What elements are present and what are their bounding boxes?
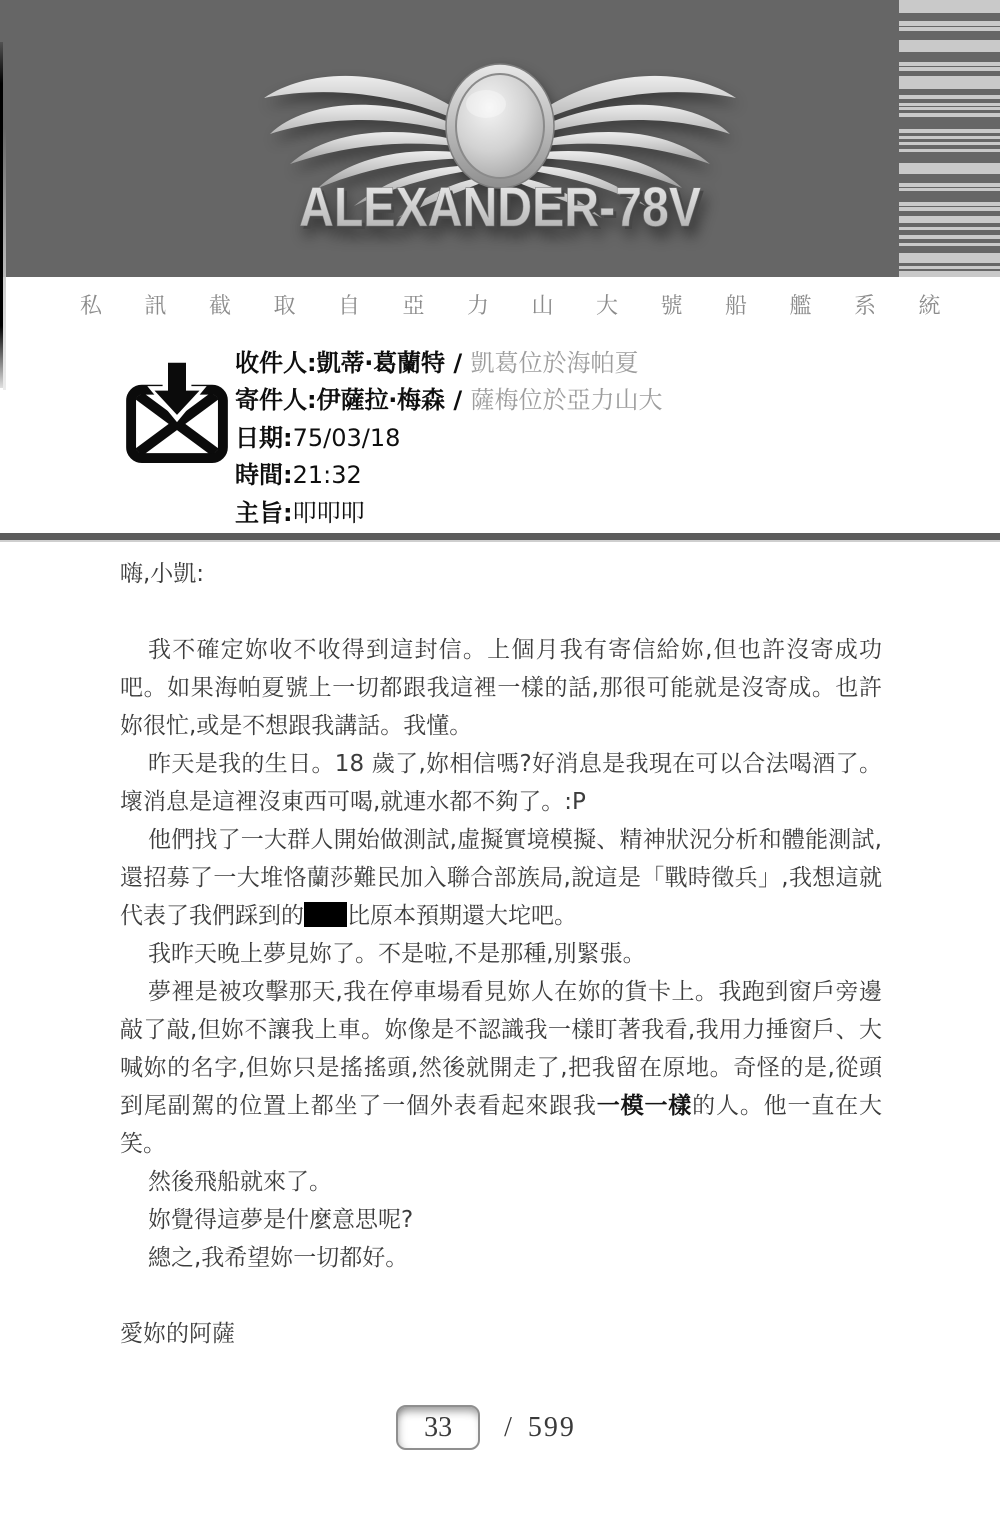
- mail-from-row: 寄件人:伊薩拉‧梅森 / 薩梅位於亞力山大: [235, 382, 662, 419]
- to-label: 收件人:: [235, 349, 317, 377]
- intercept-subtitle: 私訊截取自亞力山大號船艦系統: [80, 289, 983, 320]
- letter-body: 嗨,小凱: 我不確定妳收不收得到這封信。上個月我有寄信給妳,但也許沒寄成功吧。如…: [120, 555, 882, 1353]
- letter-signature: 愛妳的阿薩: [120, 1315, 882, 1353]
- incoming-mail-icon: [123, 361, 231, 471]
- banner: ALEXANDER-78V ALEXANDER-78V: [0, 0, 1000, 277]
- alexander-logo: ALEXANDER-78V ALEXANDER-78V: [0, 38, 1000, 243]
- letter-paragraph-4: 我昨天晚上夢見妳了。不是啦,不是那種,別緊張。: [120, 935, 882, 973]
- to-location: 凱葛位於海帕夏: [470, 349, 638, 377]
- mail-time-row: 時間:21:32: [235, 457, 662, 494]
- page-total: 599: [528, 1412, 576, 1444]
- subject-value: 叩叩叩: [293, 499, 365, 527]
- header-divider: [0, 533, 1000, 542]
- from-location: 薩梅位於亞力山大: [470, 386, 662, 414]
- letter-paragraph-1: 我不確定妳收不收得到這封信。上個月我有寄信給妳,但也許沒寄成功吧。如果海帕夏號上…: [120, 631, 882, 745]
- from-label: 寄件人:: [235, 386, 317, 414]
- mail-header: 收件人:凱蒂‧葛蘭特 / 凱葛位於海帕夏 寄件人:伊薩拉‧梅森 / 薩梅位於亞力…: [235, 345, 662, 532]
- letter-paragraph-7: 妳覺得這夢是什麼意思呢?: [120, 1201, 882, 1239]
- time-label: 時間:: [235, 461, 293, 489]
- page-number-box: 33: [396, 1405, 480, 1450]
- date-label: 日期:: [235, 424, 293, 452]
- mail-subject-row: 主旨:叩叩叩: [235, 495, 662, 532]
- letter-paragraph-8: 總之,我希望妳一切都好。: [120, 1239, 882, 1277]
- time-value: 21:32: [293, 461, 362, 489]
- letter-paragraph-2: 昨天是我的生日。18 歲了,妳相信嗎?好消息是我現在可以合法喝酒了。壞消息是這裡…: [120, 745, 882, 821]
- letter-paragraph-6: 然後飛船就來了。: [120, 1163, 882, 1201]
- redaction-bar: [304, 902, 347, 927]
- to-name: 凱蒂‧葛蘭特 /: [317, 349, 471, 377]
- subject-label: 主旨:: [235, 499, 293, 527]
- barcode-decoration: [899, 0, 1000, 277]
- page-footer: 33 / 599: [0, 1405, 986, 1450]
- date-value: 75/03/18: [293, 424, 401, 452]
- letter-paragraph-3: 他們找了一大群人開始做測試,虛擬實境模擬、精神狀況分析和體能測試,還招募了一大堆…: [120, 821, 882, 935]
- book-page: ALEXANDER-78V ALEXANDER-78V: [0, 0, 1000, 1514]
- page-number-separator: /: [504, 1412, 512, 1444]
- paragraph-5-emphasis: 一模一樣: [597, 1093, 692, 1119]
- paragraph-3-text-after: 比原本預期還大坨吧。: [347, 903, 577, 929]
- page-edge-highlight: [3, 128, 6, 390]
- mail-to-row: 收件人:凱蒂‧葛蘭特 / 凱葛位於海帕夏: [235, 345, 662, 382]
- letter-paragraph-5: 夢裡是被攻擊那天,我在停車場看見妳人在妳的貨卡上。我跑到窗戶旁邊敲了敲,但妳不讓…: [120, 973, 882, 1163]
- from-name: 伊薩拉‧梅森 /: [317, 386, 471, 414]
- winged-emblem-icon: ALEXANDER-78V ALEXANDER-78V: [250, 38, 750, 243]
- mail-date-row: 日期:75/03/18: [235, 420, 662, 457]
- logo-text: ALEXANDER-78V: [299, 175, 701, 238]
- letter-greeting: 嗨,小凱:: [120, 555, 882, 593]
